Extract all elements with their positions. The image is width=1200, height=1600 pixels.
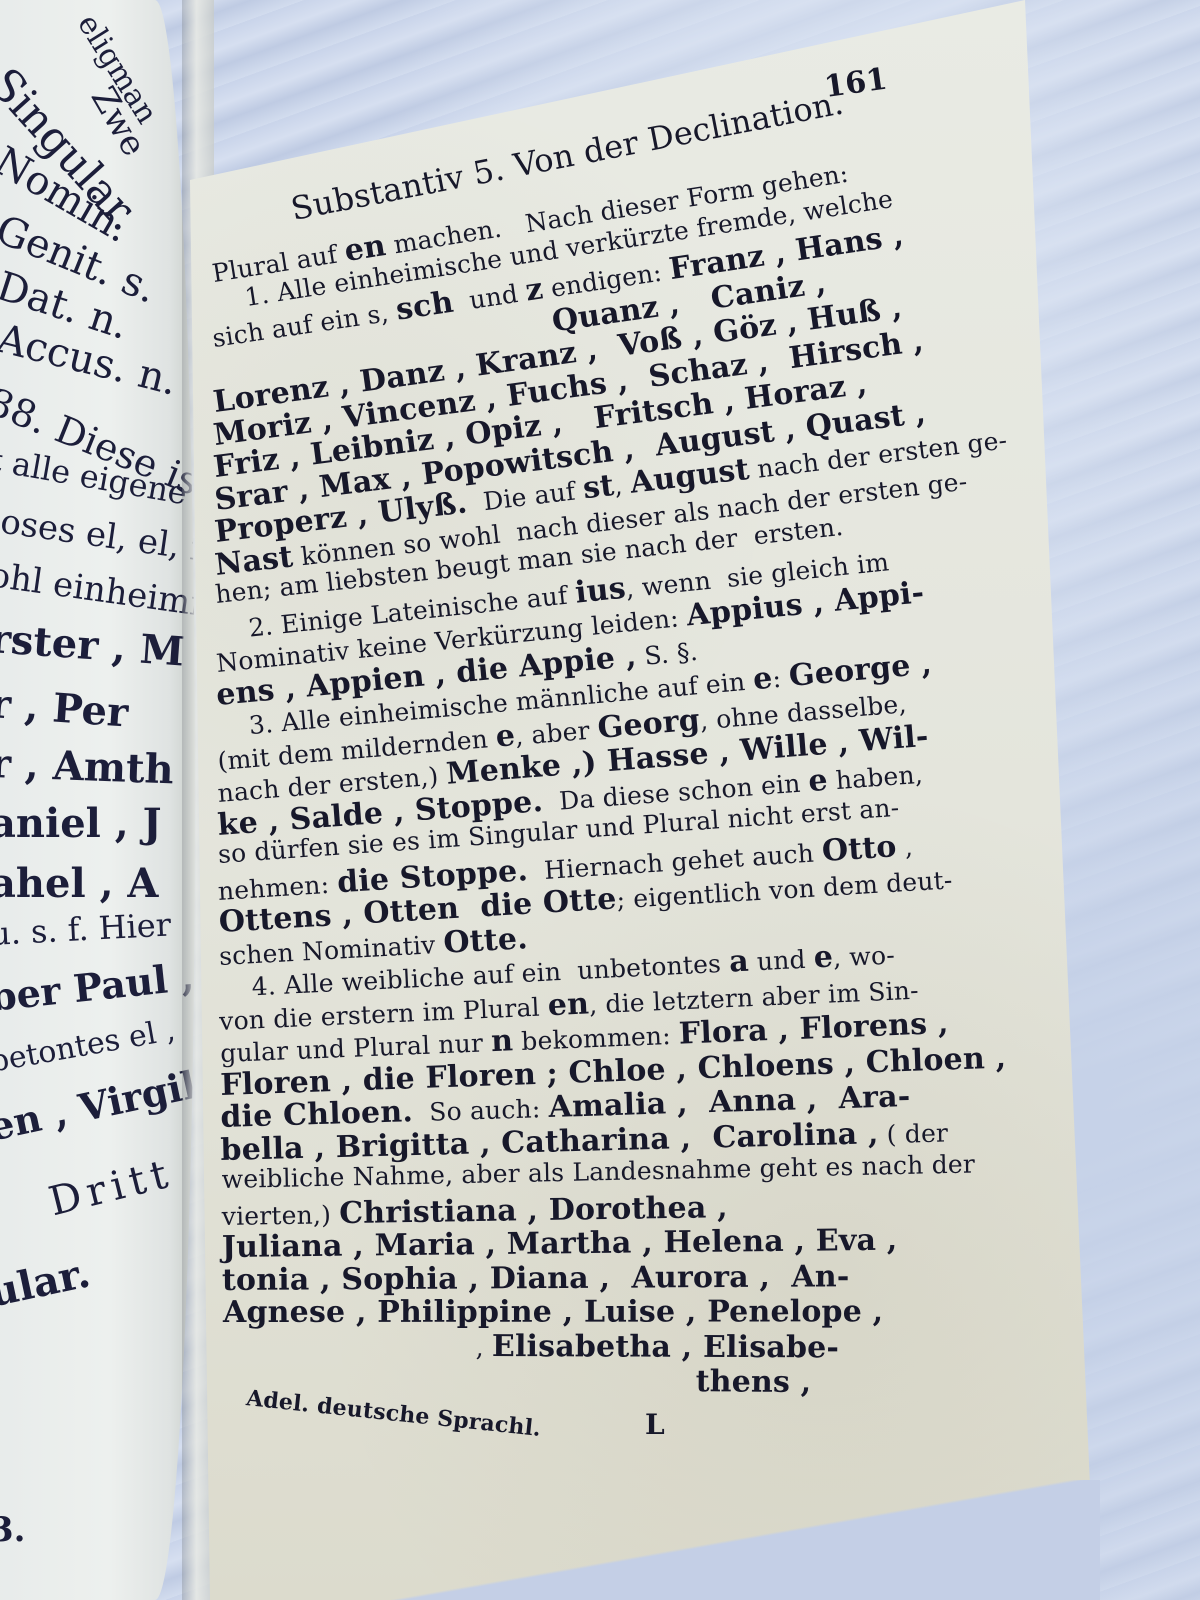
emphasized-word: thens ,	[695, 1364, 811, 1400]
text-run: haben,	[827, 759, 924, 795]
text-run: So auch:	[413, 1094, 550, 1127]
left-fragment: r , Per	[0, 680, 130, 737]
emphasized-word: e	[494, 718, 516, 754]
emphasized-word: st	[581, 468, 616, 506]
text-line: Agnese , Philippine , Luise , Penelope ,	[222, 1294, 882, 1330]
text-run: bekommen:	[512, 1021, 679, 1057]
left-facing-page: elig­man Zwe Singular. Nomin. Genit. s. …	[0, 0, 195, 1600]
emphasized-word: e	[813, 939, 834, 975]
text-run: S. §.	[635, 636, 699, 671]
left-fragment: 3.	[0, 1510, 26, 1550]
emphasized-word: e	[807, 762, 829, 798]
emphasized-word: Elisabetha , Elisabe-	[492, 1329, 839, 1365]
emphasized-word: Otto	[821, 829, 898, 869]
text-run: , wo-	[833, 940, 896, 972]
text-line: tonia , Sophia , Diana , Aurora , An-	[222, 1259, 850, 1298]
left-fragment: Dritt	[44, 1150, 178, 1225]
text-run: ,	[223, 1332, 492, 1362]
left-fragment: aniel , J	[0, 800, 162, 847]
text-run: ,	[896, 832, 914, 862]
left-fragment: rster , M	[0, 615, 186, 675]
left-fragment: u. s. f. Hier	[0, 906, 172, 953]
left-fragment: ber Paul ,	[0, 954, 195, 1020]
left-fragment: ahel , A	[0, 860, 158, 907]
emphasized-word: en	[547, 986, 590, 1023]
left-fragment: r , Amth	[0, 740, 174, 793]
signature-mark: L	[645, 1408, 665, 1441]
emphasized-word: n	[490, 1023, 513, 1059]
text-run: und	[748, 944, 814, 976]
emphasized-word: a	[728, 944, 749, 980]
text-run: vierten,)	[221, 1200, 339, 1231]
left-fragment: ular.	[0, 1249, 94, 1316]
text-run: ( der	[879, 1118, 949, 1149]
emphasized-word: tonia , Sophia , Diana , Aurora , An-	[222, 1259, 850, 1298]
text-line: , Elisabetha , Elisabe-	[223, 1328, 839, 1365]
emphasized-word: Agnese , Philippine , Luise , Penelope ,	[222, 1294, 882, 1330]
left-fragment: loses el, el, f	[0, 500, 195, 570]
